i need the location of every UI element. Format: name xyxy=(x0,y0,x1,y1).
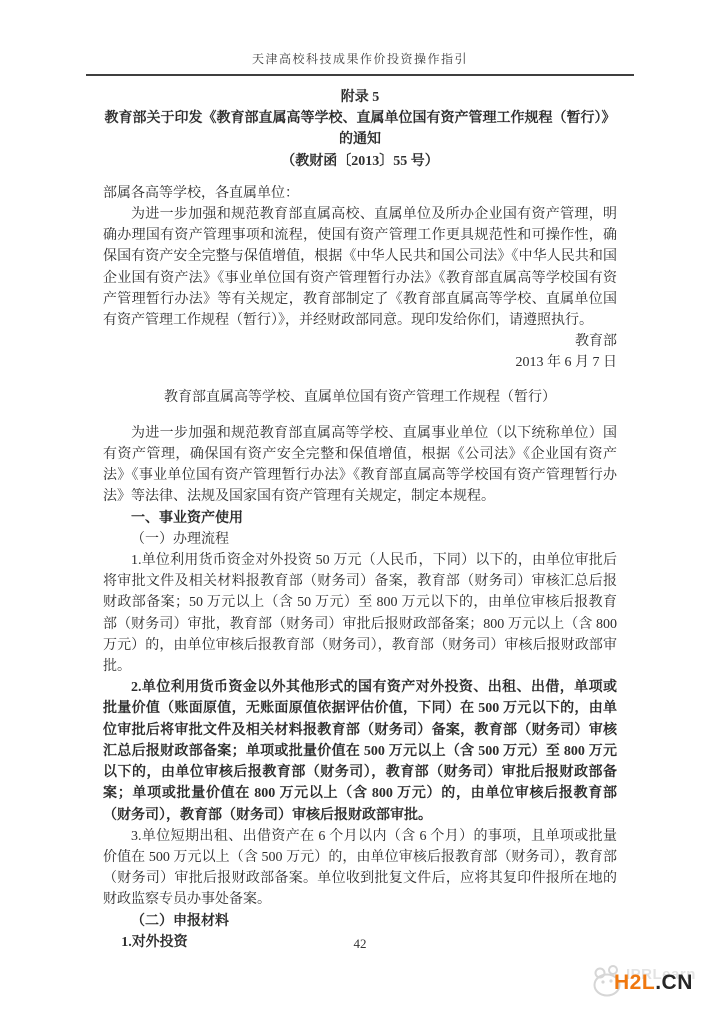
regulation-preamble: 为进一步加强和规范教育部直属高等学校、直属事业单位（以下统称单位）国有资产管理，… xyxy=(103,423,617,508)
procedure-item-1: 1.单位利用货币资金对外投资 50 万元（人民币，下同）以下的，由单位审批后将审… xyxy=(103,550,617,677)
page-number: 42 xyxy=(0,936,720,952)
notice-salutation: 部属各高等学校，各直属单位： xyxy=(103,183,617,204)
watermark-brand: H2L.CN xyxy=(614,971,693,995)
procedure-item-2: 2.单位利用货币资金以外其他形式的国有资产对外投资、出租、出借，单项或批量价值（… xyxy=(103,677,617,825)
doc-number: （教财函〔2013〕55 号） xyxy=(103,151,617,172)
watermark-brand-suffix: .CN xyxy=(655,971,693,994)
subsection-2-heading: （二）申报材料 xyxy=(103,911,617,932)
section-1-heading: 一、事业资产使用 xyxy=(103,508,617,529)
subsection-1-heading: （一）办理流程 xyxy=(103,529,617,550)
notice-body: 为进一步加强和规范教育部直属高校、直属单位及所办企业国有资产管理，明确办理国有资… xyxy=(103,204,617,331)
watermark: IPRLearn H2L.CN xyxy=(582,960,714,1002)
running-header: 天津高校科技成果作价投资操作指引 xyxy=(0,50,720,67)
header-rule xyxy=(86,74,634,76)
appendix-title: 教育部关于印发《教育部直属高等学校、直属单位国有资产管理工作规程（暂行）》的通知 xyxy=(103,108,617,150)
watermark-brand-name: H2L xyxy=(614,971,655,994)
document-content: 附录 5 教育部关于印发《教育部直属高等学校、直属单位国有资产管理工作规程（暂行… xyxy=(103,87,617,953)
notice-date: 2013 年 6 月 7 日 xyxy=(103,352,617,373)
document-page: 天津高校科技成果作价投资操作指引 附录 5 教育部关于印发《教育部直属高等学校、… xyxy=(0,0,720,1018)
notice-signer: 教育部 xyxy=(103,331,617,352)
appendix-label: 附录 5 xyxy=(103,87,617,108)
regulation-title: 教育部直属高等学校、直属单位国有资产管理工作规程（暂行） xyxy=(103,387,617,408)
procedure-item-3: 3.单位短期出租、出借资产在 6 个月以内（含 6 个月）的事项，且单项或批量价… xyxy=(103,826,617,911)
